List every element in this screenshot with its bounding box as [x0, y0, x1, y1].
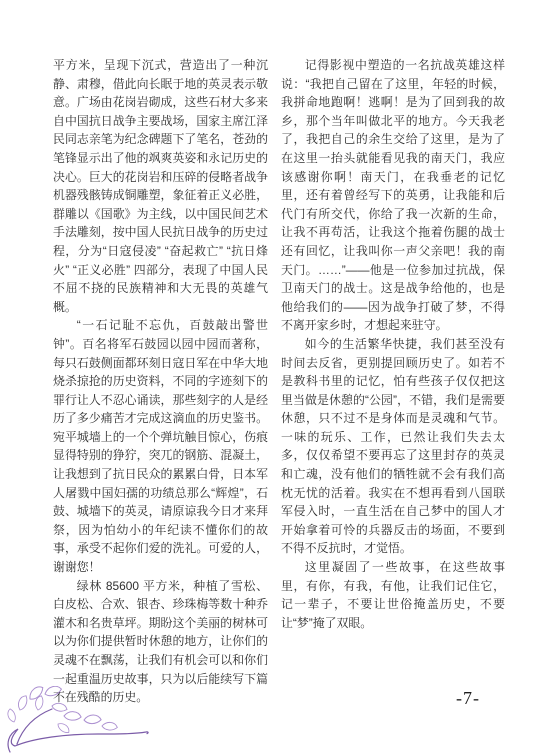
text-column-right: 记得影视中塑造的一名抗战英雄这样说：“我把自己留在了这里，年轻的时候，我拼命地跑… [281, 56, 505, 632]
text-column-left: 平方米，呈现下沉式，营造出了一种沉静、肃穆，借此向长眠于地的英灵表示敬意。广场由… [53, 56, 268, 707]
document-page: 平方米，呈现下沉式，营造出了一种沉静、肃穆，借此向长眠于地的英灵表示敬意。广场由… [0, 0, 533, 754]
paragraph: 如今的生活繁华快捷，我们甚至没有时间去反省，更别提回顾历史了。如若不是教科书里的… [281, 335, 505, 558]
paragraph: 记得影视中塑造的一名抗战英雄这样说：“我把自己留在了这里，年轻的时候，我拼命地跑… [281, 56, 505, 335]
paragraph: “一石记耻不忘仇，百鼓敲出警世钟”。百名将军石鼓园以园中园而著称，每只石鼓侧面都… [53, 316, 268, 576]
branch-leaves [7, 686, 118, 735]
paragraph: 平方米，呈现下沉式，营造出了一种沉静、肃穆，借此向长眠于地的英灵表示敬意。广场由… [53, 56, 268, 316]
page-number: -7- [436, 688, 500, 709]
branch-stem [8, 709, 148, 752]
paragraph: 这里凝固了一些故事，在这些故事里，有你，有我，有他，让我们记住它，记一辈子，不要… [281, 558, 505, 632]
floral-branch-decoration [2, 686, 152, 754]
